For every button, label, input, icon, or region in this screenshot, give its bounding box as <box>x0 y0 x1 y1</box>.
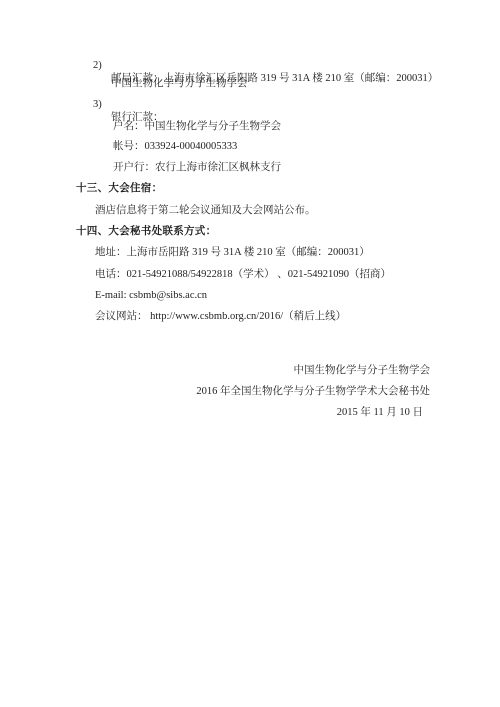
document-page: 2) 邮局汇款：上海市徐汇区岳阳路 319 号 31A 楼 210 室（邮编：2… <box>0 0 500 707</box>
signature-date-line: 2015 年 11 月 10 日 <box>0 393 500 407</box>
section-14-heading-line: 十四、大会秘书处联系方式： <box>0 212 500 226</box>
bank-account-number-line: 帐号：033924-00040005333 <box>0 127 500 141</box>
conference-website: 会议网站： http://www.csbmb.org.cn/2016/（稍后上线… <box>95 310 346 323</box>
postal-remittance-item: 2) 邮局汇款：上海市徐汇区岳阳路 319 号 31A 楼 210 室（邮编：2… <box>0 46 500 60</box>
section-13-heading-line: 十三、大会住宿： <box>0 169 500 183</box>
postal-remittance-wrap-line: 中国生物化学与分子生物学会 <box>0 64 500 78</box>
signature-organization-line: 中国生物化学与分子生物学会 <box>0 351 500 365</box>
section-13-body-line: 酒店信息将于第二轮会议通知及大会网站公布。 <box>0 191 500 205</box>
signature-date: 2015 年 11 月 10 日 <box>337 406 423 419</box>
contact-address-line: 地址：上海市岳阳路 319 号 31A 楼 210 室（邮编：200031） <box>0 233 500 247</box>
conference-website-line: 会议网站： http://www.csbmb.org.cn/2016/（稍后上线… <box>0 297 500 311</box>
bank-account-name-line: 户名：中国生物化学与分子生物学会 <box>0 107 500 121</box>
contact-phone-line: 电话：021-54921088/54922818（学术） 、021-549210… <box>0 255 500 269</box>
signature-secretariat-line: 2016 年全国生物化学与分子生物学学术大会秘书处 <box>0 372 500 386</box>
bank-branch-line: 开户行：农行上海市徐汇区枫林支行 <box>0 148 500 162</box>
bank-remittance-item: 3) 银行汇款： <box>0 85 500 99</box>
contact-email-line: E-mail: csbmb@sibs.ac.cn <box>0 276 500 290</box>
